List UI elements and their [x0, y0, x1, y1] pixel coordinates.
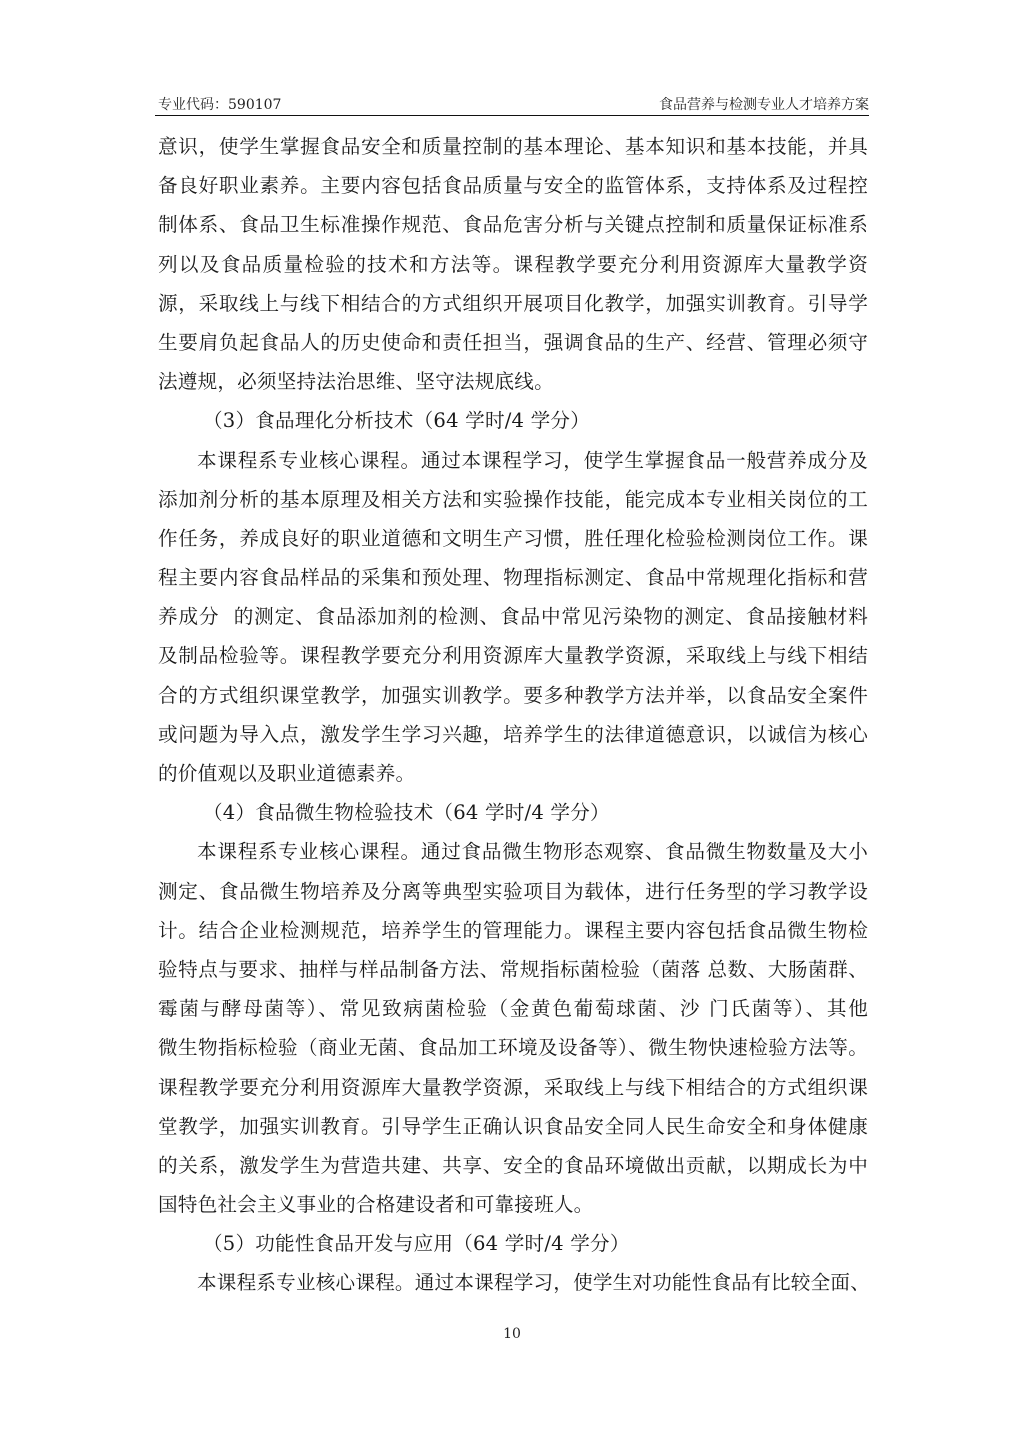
header-document-title: 食品营养与检测专业人才培养方案	[659, 94, 869, 114]
section-heading-3: （3）食品理化分析技术（64 学时/4 学分）	[158, 405, 868, 444]
section-heading-5: （5）功能性食品开发与应用（64 学时/4 学分）	[158, 1228, 868, 1267]
text-line: 的关系，激发学生为营造共建、共享、安全的食品环境做出贡献，以期成长为中	[158, 1150, 868, 1189]
text-line: 国特色社会主义事业的合格建设者和可靠接班人。	[158, 1189, 868, 1228]
text-line: 备良好职业素养。主要内容包括食品质量与安全的监管体系，支持体系及过程控	[158, 170, 868, 209]
text-line: 的价值观以及职业道德素养。	[158, 758, 868, 797]
header-divider	[155, 115, 869, 116]
text-line: 或问题为导入点，激发学生学习兴趣，培养学生的法律道德意识，以诚信为核心	[158, 719, 868, 758]
text-line: 合的方式组织课堂教学，加强实训教学。要多种教学方法并举，以食品安全案件	[158, 680, 868, 719]
text-line: 源，采取线上与线下相结合的方式组织开展项目化教学，加强实训教育。引导学	[158, 288, 868, 327]
text-line: 测定、食品微生物培养及分离等典型实验项目为载体，进行任务型的学习教学设	[158, 876, 868, 915]
text-line: 生要肩负起食品人的历史使命和责任担当，强调食品的生产、经营、管理必须守	[158, 327, 868, 366]
text-line: 本课程系专业核心课程。通过本课程学习，使学生对功能性食品有比较全面、	[158, 1267, 868, 1306]
text-line: 堂教学，加强实训教育。引导学生正确认识食品安全同人民生命安全和身体健康	[158, 1111, 868, 1150]
text-line: 本课程系专业核心课程。通过本课程学习，使学生掌握食品一般营养成分及	[158, 445, 868, 484]
page-header: 专业代码：590107 食品营养与检测专业人才培养方案	[155, 92, 869, 116]
text-line: 课程教学要充分利用资源库大量教学资源，采取线上与线下相结合的方式组织课	[158, 1072, 868, 1111]
text-line: 制体系、食品卫生标准操作规范、食品危害分析与关键点控制和质量保证标准系	[158, 209, 868, 248]
text-line: 列以及食品质量检验的技术和方法等。课程教学要充分利用资源库大量教学资	[158, 249, 868, 288]
text-line: 及制品检验等。课程教学要充分利用资源库大量教学资源，采取线上与线下相结	[158, 640, 868, 679]
text-line: 法遵规，必须坚持法治思维、坚守法规底线。	[158, 366, 868, 405]
document-body: 意识，使学生掌握食品安全和质量控制的基本理论、基本知识和基本技能，并具 备良好职…	[158, 131, 868, 1307]
text-line: 微生物指标检验（商业无菌、食品加工环境及设备等）、微生物快速检验方法等。	[158, 1032, 868, 1071]
text-line: 程主要内容食品样品的采集和预处理、物理指标测定、食品中常规理化指标和营	[158, 562, 868, 601]
section-heading-4: （4）食品微生物检验技术（64 学时/4 学分）	[158, 797, 868, 836]
text-line: 养成分 的测定、食品添加剂的检测、食品中常见污染物的测定、食品接触材料	[158, 601, 868, 640]
text-line: 添加剂分析的基本原理及相关方法和实验操作技能，能完成本专业相关岗位的工	[158, 484, 868, 523]
text-line: 本课程系专业核心课程。通过食品微生物形态观察、食品微生物数量及大小	[158, 836, 868, 875]
text-line: 验特点与要求、抽样与样品制备方法、常规指标菌检验（菌落 总数、大肠菌群、	[158, 954, 868, 993]
text-line: 作任务，养成良好的职业道德和文明生产习惯，胜任理化检验检测岗位工作。课	[158, 523, 868, 562]
text-line: 霉菌与酵母菌等）、常见致病菌检验（金黄色葡萄球菌、沙 门氏菌等）、其他	[158, 993, 868, 1032]
text-line: 计。结合企业检测规范，培养学生的管理能力。课程主要内容包括食品微生物检	[158, 915, 868, 954]
page-number: 10	[0, 1326, 1024, 1342]
text-line: 意识，使学生掌握食品安全和质量控制的基本理论、基本知识和基本技能，并具	[158, 131, 868, 170]
header-major-code: 专业代码：590107	[158, 94, 281, 114]
